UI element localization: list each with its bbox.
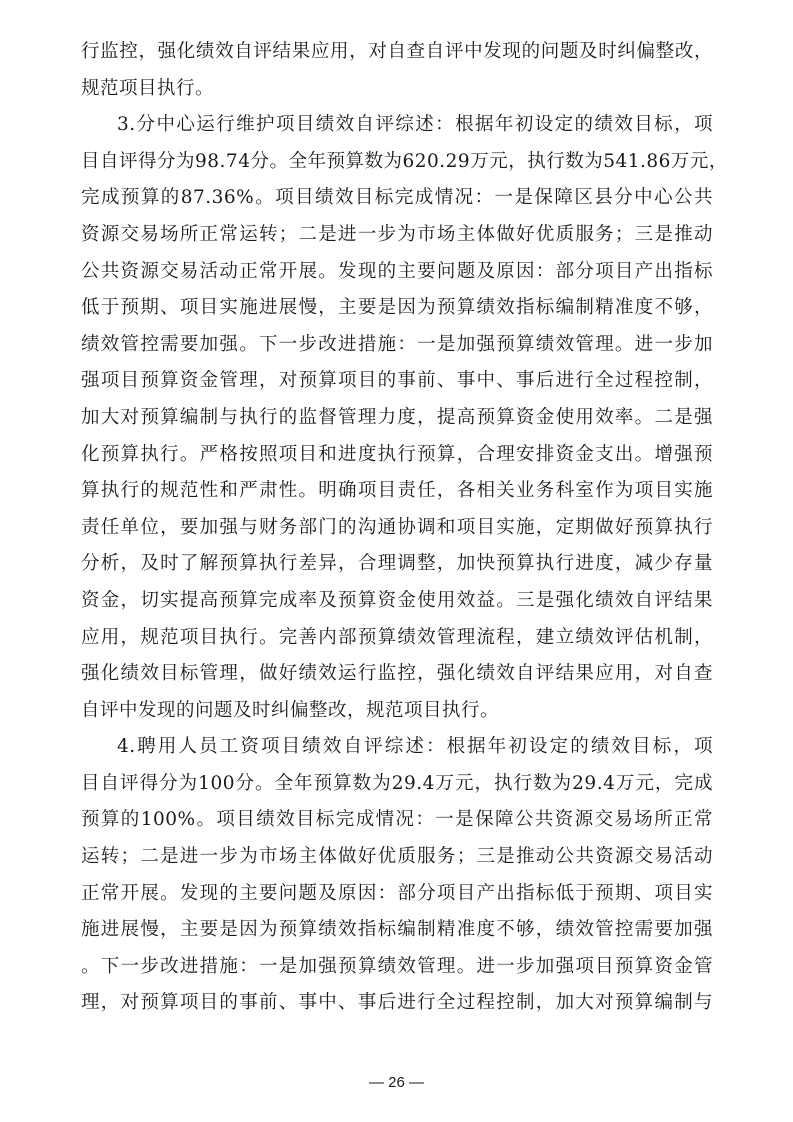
item-3-heading-line: 3.分中心运行维护项目绩效自评综述：根据年初设定的绩效目标，项 — [81, 107, 713, 144]
paragraph-continuation: 行监控，强化绩效自评结果应用，对自查自评中发现的问题及时纠偏整改， 规范项目执行… — [81, 34, 713, 107]
text-line: 理，对预算项目的事前、事中、事后进行全过程控制，加大对预算编制与 — [81, 985, 713, 1022]
text-line: 责任单位，要加强与财务部门的沟通协调和项目实施，定期做好预算执行 — [81, 510, 713, 547]
document-body: 行监控，强化绩效自评结果应用，对自查自评中发现的问题及时纠偏整改， 规范项目执行… — [81, 34, 713, 1022]
item-4-heading-line: 4.聘用人员工资项目绩效自评综述：根据年初设定的绩效目标，项 — [81, 729, 713, 766]
text-line: 算执行的规范性和严肃性。明确项目责任，各相关业务科室作为项目实施 — [81, 473, 713, 510]
text-line: 强化绩效目标管理，做好绩效运行监控，强化绩效自评结果应用，对自查 — [81, 656, 713, 693]
paragraph-item-4: 4.聘用人员工资项目绩效自评综述：根据年初设定的绩效目标，项 目自评得分为100… — [81, 729, 713, 1022]
text-line: 完成预算的87.36%。项目绩效目标完成情况：一是保障区县分中心公共 — [81, 180, 713, 217]
text-line: 加大对预算编制与执行的监督管理力度，提高预算资金使用效率。二是强 — [81, 400, 713, 437]
text-line: 运转；二是进一步为市场主体做好优质服务；三是推动公共资源交易活动 — [81, 839, 713, 876]
paragraph-item-3: 3.分中心运行维护项目绩效自评综述：根据年初设定的绩效目标，项 目自评得分为98… — [81, 107, 713, 729]
text-line: 化预算执行。严格按照项目和进度执行预算，合理安排资金支出。增强预 — [81, 437, 713, 474]
text-line: 目自评得分为100分。全年预算数为29.4万元，执行数为29.4万元，完成 — [81, 766, 713, 803]
text-line: 资金，切实提高预算完成率及预算资金使用效益。三是强化绩效自评结果 — [81, 583, 713, 620]
text-line: 施进展慢，主要是因为预算绩效指标编制精准度不够，绩效管控需要加强 — [81, 912, 713, 949]
page-number: — 26 — — [0, 1074, 793, 1091]
text-line: 低于预期、项目实施进展慢，主要是因为预算绩效指标编制精准度不够， — [81, 290, 713, 327]
text-line: 正常开展。发现的主要问题及原因：部分项目产出指标低于预期、项目实 — [81, 876, 713, 913]
text-line: 公共资源交易活动正常开展。发现的主要问题及原因：部分项目产出指标 — [81, 254, 713, 291]
text-line: 绩效管控需要加强。下一步改进措施：一是加强预算绩效管理。进一步加 — [81, 327, 713, 364]
document-page: 行监控，强化绩效自评结果应用，对自查自评中发现的问题及时纠偏整改， 规范项目执行… — [0, 0, 793, 1122]
text-line: 资源交易场所正常运转；二是进一步为市场主体做好优质服务；三是推动 — [81, 217, 713, 254]
text-line: 行监控，强化绩效自评结果应用，对自查自评中发现的问题及时纠偏整改， — [81, 34, 713, 71]
text-line: 规范项目执行。 — [81, 71, 713, 108]
text-line: 预算的100%。项目绩效目标完成情况：一是保障公共资源交易场所正常 — [81, 802, 713, 839]
text-line: 自评中发现的问题及时纠偏整改，规范项目执行。 — [81, 693, 713, 730]
text-line: 目自评得分为98.74分。全年预算数为620.29万元，执行数为541.86万元… — [81, 144, 713, 181]
text-line: 强项目预算资金管理，对预算项目的事前、事中、事后进行全过程控制， — [81, 363, 713, 400]
text-line: 。下一步改进措施：一是加强预算绩效管理。进一步加强项目预算资金管 — [81, 949, 713, 986]
text-line: 分析，及时了解预算执行差异，合理调整，加快预算执行进度，减少存量 — [81, 546, 713, 583]
text-line: 应用，规范项目执行。完善内部预算绩效管理流程，建立绩效评估机制， — [81, 620, 713, 657]
